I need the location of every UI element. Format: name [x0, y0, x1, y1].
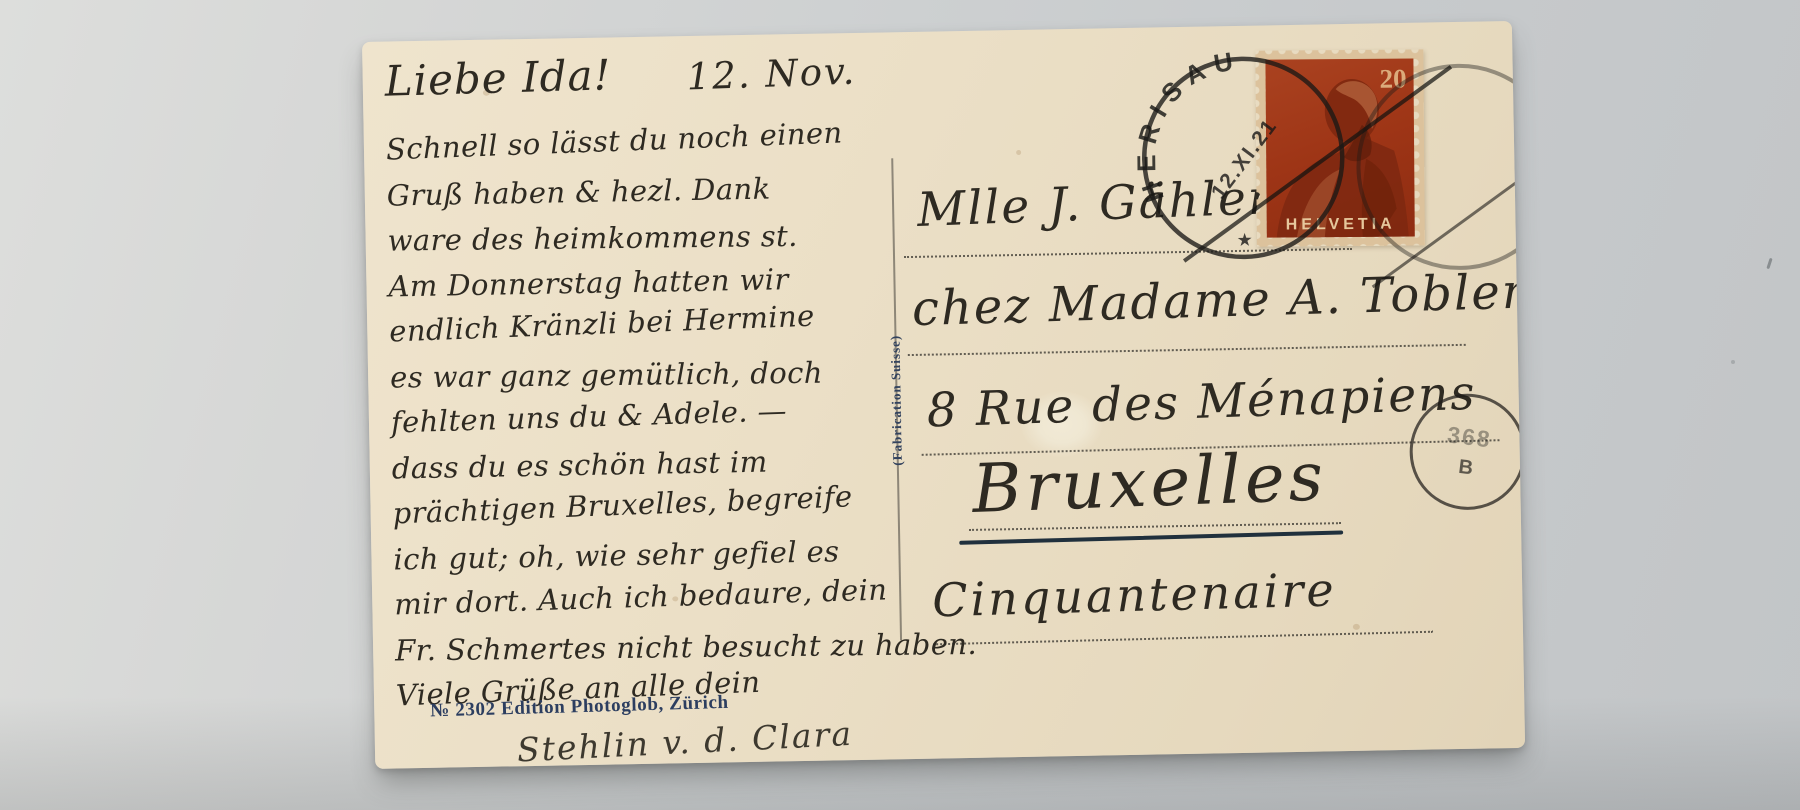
arrival-letter: B [1457, 456, 1474, 481]
foxing-spot [1353, 624, 1360, 630]
background-speck [1731, 360, 1735, 364]
closing-signature: Stehlin v. d. Clara [516, 714, 854, 769]
address-ruled-line [908, 344, 1466, 356]
postcard: Liebe Ida! 12. Nov. Schnell so lässt du … [362, 21, 1525, 769]
arrival-number: 368 [1446, 421, 1493, 453]
message-block: Liebe Ida! 12. Nov. Schnell so lässt du … [384, 46, 897, 104]
postmark-date-text: 12.XI.21 [1207, 114, 1282, 203]
postmark-star-icon: ★ [1237, 230, 1254, 251]
address-line-city: Bruxelles [971, 437, 1328, 528]
background-speck [1766, 258, 1772, 269]
postcard-surface: Liebe Ida! 12. Nov. Schnell so lässt du … [362, 21, 1525, 769]
photo-background: { "scene": { "description": "Photograph … [0, 0, 1800, 810]
divider-imprint-label: (Fabrication Suisse) [887, 335, 905, 466]
city-underline [959, 530, 1343, 544]
message-line: Schnell so lässt du noch einen [385, 108, 898, 173]
salutation: Liebe Ida! [384, 50, 612, 106]
message-line: Gruß haben & hezl. Dank [386, 164, 899, 219]
address-line-district: Cinquantenaire [932, 562, 1338, 627]
message-line: ware des heimkommens st. [387, 213, 899, 264]
postmark-herisau: HERISAU 12.XI.21 ★ [1135, 50, 1351, 266]
message-lines: Schnell so lässt du noch einen Gruß habe… [386, 118, 909, 719]
address-line-street: 8 Rue des Ménapiens [926, 366, 1477, 439]
address-line-care-of: chez Madame A. Tobler [911, 263, 1525, 337]
message-date: 12. Nov. [686, 49, 857, 98]
foxing-spot [1016, 150, 1021, 155]
address-ruled-line [933, 631, 1433, 646]
